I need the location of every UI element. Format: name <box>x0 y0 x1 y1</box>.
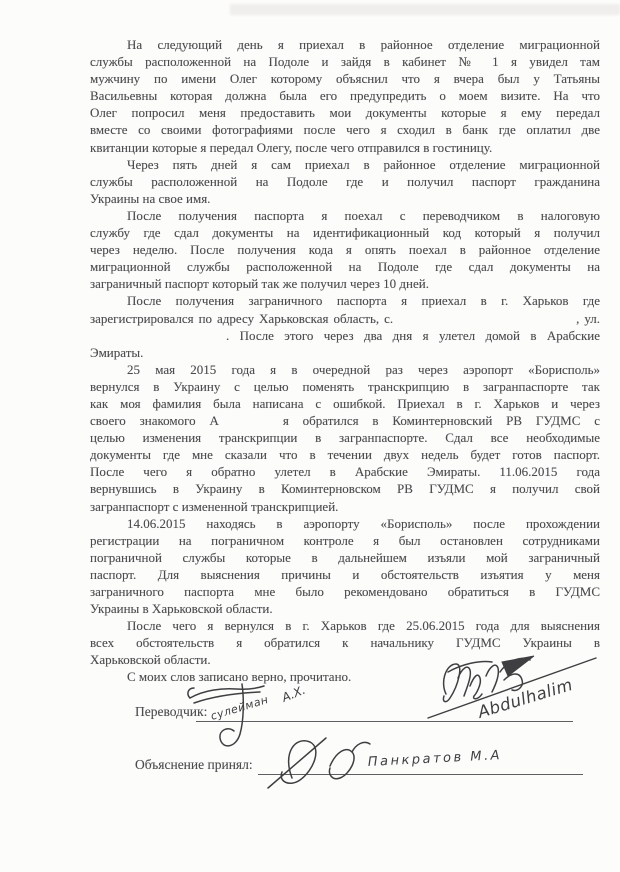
text-line: После получения паспорта я поехал с пере… <box>90 207 600 224</box>
text-line: целью изменения транскрипции в загранпас… <box>90 429 600 446</box>
scanned-statement-page: На следующий день я приехал в районное о… <box>0 0 620 872</box>
text-line: Олег попросил меня предоставить мои доку… <box>90 104 600 121</box>
text-line: зарегистрировался по адресу Харьковская … <box>90 310 600 327</box>
text-line: 14.06.2015 находясь в аэропорту «Бориспо… <box>90 515 600 532</box>
text-line: После чего я вернулся в г. Харьков где 2… <box>90 617 600 634</box>
text-line: . После этого через два дня я улетел дом… <box>90 327 600 344</box>
text-line: через неделю. После получения кода я опя… <box>90 241 600 258</box>
text-line: заграничный паспорт который так же получ… <box>90 275 600 292</box>
scan-artifact-band <box>230 4 620 15</box>
text-line: документы где мне сказали что в течении … <box>90 446 600 463</box>
text-line: мужчину по имени Олег которому объяснил … <box>90 70 600 87</box>
translator-signature-name: сулейман <box>209 693 270 723</box>
text-line: службу где сдал документы на идентификац… <box>90 224 600 241</box>
redacted-blank <box>90 339 226 340</box>
signature-scribble <box>268 738 370 788</box>
text-line: вернувшись в Украину в Коминтерновском Р… <box>90 480 600 497</box>
text-line: Украины в Харьковской области. <box>90 600 600 617</box>
text-line: вернулся в Украину с целью поменять тран… <box>90 378 600 395</box>
received-by-signature-name: Панкратов М.А <box>367 748 502 770</box>
text-line: Украины на свое имя. <box>90 190 600 207</box>
text-line: как моя фамилия была написана с ошибкой.… <box>90 395 600 412</box>
text-line: пограничной службы которые в дальнейшем … <box>90 549 600 566</box>
text-line: загранпаспорт с измененной транскрипцией… <box>90 498 600 515</box>
declarant-signature: Abdulhalim <box>418 642 608 727</box>
received-by-signature: Панкратов М.А <box>252 732 512 794</box>
text-line: квитанции которые я передал Олегу, после… <box>90 139 600 156</box>
received-by-label: Объяснение принял: <box>135 757 253 773</box>
text-line: паспорт. Для выяснения причины и обстоят… <box>90 566 600 583</box>
text-line: регистрации на пограничном контроле я бы… <box>90 532 600 549</box>
text-line: На следующий день я приехал в районное о… <box>90 36 600 53</box>
redacted-blank <box>393 322 576 323</box>
text-line: После получения заграничного паспорта я … <box>90 292 600 309</box>
translator-signature-initials: А.Х. <box>279 683 307 705</box>
text-line: Эмираты. <box>90 344 600 361</box>
text-line: службы расположенной на Подоле где и пол… <box>90 173 600 190</box>
redacted-blank <box>219 424 283 425</box>
declarant-signature-name: Abdulhalim <box>475 675 575 722</box>
text-line: Через пять дней я сам приехал в районное… <box>90 156 600 173</box>
text-line: своего знакомого Ая обратился в Коминтер… <box>90 412 600 429</box>
text-line: вместе со своими фотографиями после чего… <box>90 121 600 138</box>
text-line: Васильевны которая должна была его преду… <box>90 87 600 104</box>
text-line: службы расположенной на Подоле и зайдя в… <box>90 53 600 70</box>
text-line: миграционной службы расположенной на Под… <box>90 258 600 275</box>
text-line: заграничного паспорта мне было рекомендо… <box>90 583 600 600</box>
text-line: После чего я обратно улетел в Арабские Э… <box>90 463 600 480</box>
text-line: 25 мая 2015 года я в очередной раз через… <box>90 361 600 378</box>
statement-text: На следующий день я приехал в районное о… <box>90 36 600 686</box>
